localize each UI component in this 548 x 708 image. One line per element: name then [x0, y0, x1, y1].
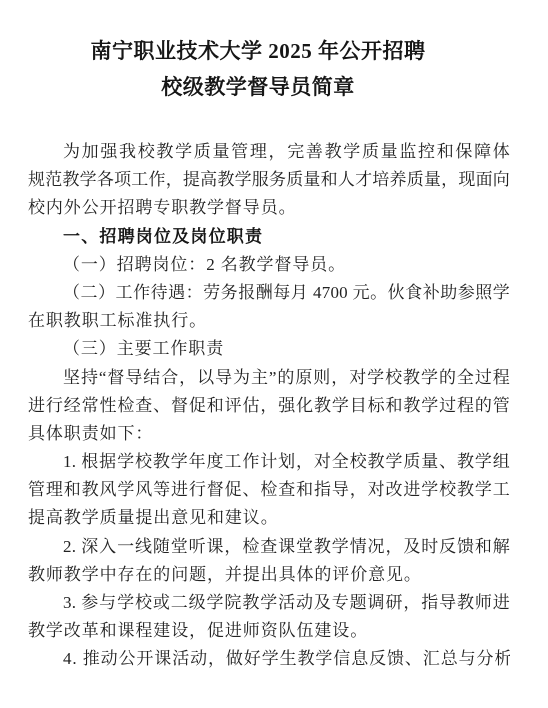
doc-line: 管理和教风学风等进行督促、检查和指导，对改进学校教学工作， — [28, 476, 510, 504]
doc-line: 为加强我校教学质量管理，完善教学质量监控和保障体系， — [28, 138, 510, 166]
doc-line: 提高教学质量提出意见和建议。 — [28, 504, 510, 532]
doc-line: 进行经常性检查、督促和评估，强化教学目标和教学过程的管理。 — [28, 392, 510, 420]
document-title-line-2: 校级教学督导员简章 — [28, 69, 488, 105]
doc-line: 在职教职工标准执行。 — [28, 307, 510, 335]
doc-line: （一）招聘岗位：2 名教学督导员。 — [28, 251, 510, 279]
doc-line: 坚持“督导结合，以导为主”的原则，对学校教学的全过程 — [28, 364, 510, 392]
doc-section-heading: 一、招聘岗位及岗位职责 — [28, 223, 510, 251]
doc-line: 1. 根据学校教学年度工作计划，对全校教学质量、教学组织 — [28, 448, 510, 476]
doc-line: 教学改革和课程建设，促进师资队伍建设。 — [28, 617, 510, 645]
doc-line: 2. 深入一线随堂听课，检查课堂教学情况，及时反馈和解决 — [28, 533, 510, 561]
doc-line: 3. 参与学校或二级学院教学活动及专题调研，指导教师进行 — [28, 589, 510, 617]
doc-line: （二）工作待遇：劳务报酬每月 4700 元。伙食补助参照学校 — [28, 279, 510, 307]
doc-line: 教师教学中存在的问题，并提出具体的评价意见。 — [28, 561, 510, 589]
doc-line: 规范教学各项工作，提高教学服务质量和人才培养质量，现面向 — [28, 166, 510, 194]
document-page: 南宁职业技术大学 2025 年公开招聘 校级教学督导员简章 为加强我校教学质量管… — [0, 0, 548, 708]
document-title-line-1: 南宁职业技术大学 2025 年公开招聘 — [28, 33, 488, 69]
document-body: 为加强我校教学质量管理，完善教学质量监控和保障体系， 规范教学各项工作，提高教学… — [28, 138, 510, 674]
doc-line: 4. 推动公开课活动，做好学生教学信息反馈、汇总与分析， — [28, 645, 510, 673]
doc-line: 具体职责如下： — [28, 420, 510, 448]
doc-subsection-heading: （三）主要工作职责 — [28, 335, 510, 363]
document-title: 南宁职业技术大学 2025 年公开招聘 校级教学督导员简章 — [28, 0, 510, 105]
doc-line: 校内外公开招聘专职教学督导员。 — [28, 194, 510, 222]
